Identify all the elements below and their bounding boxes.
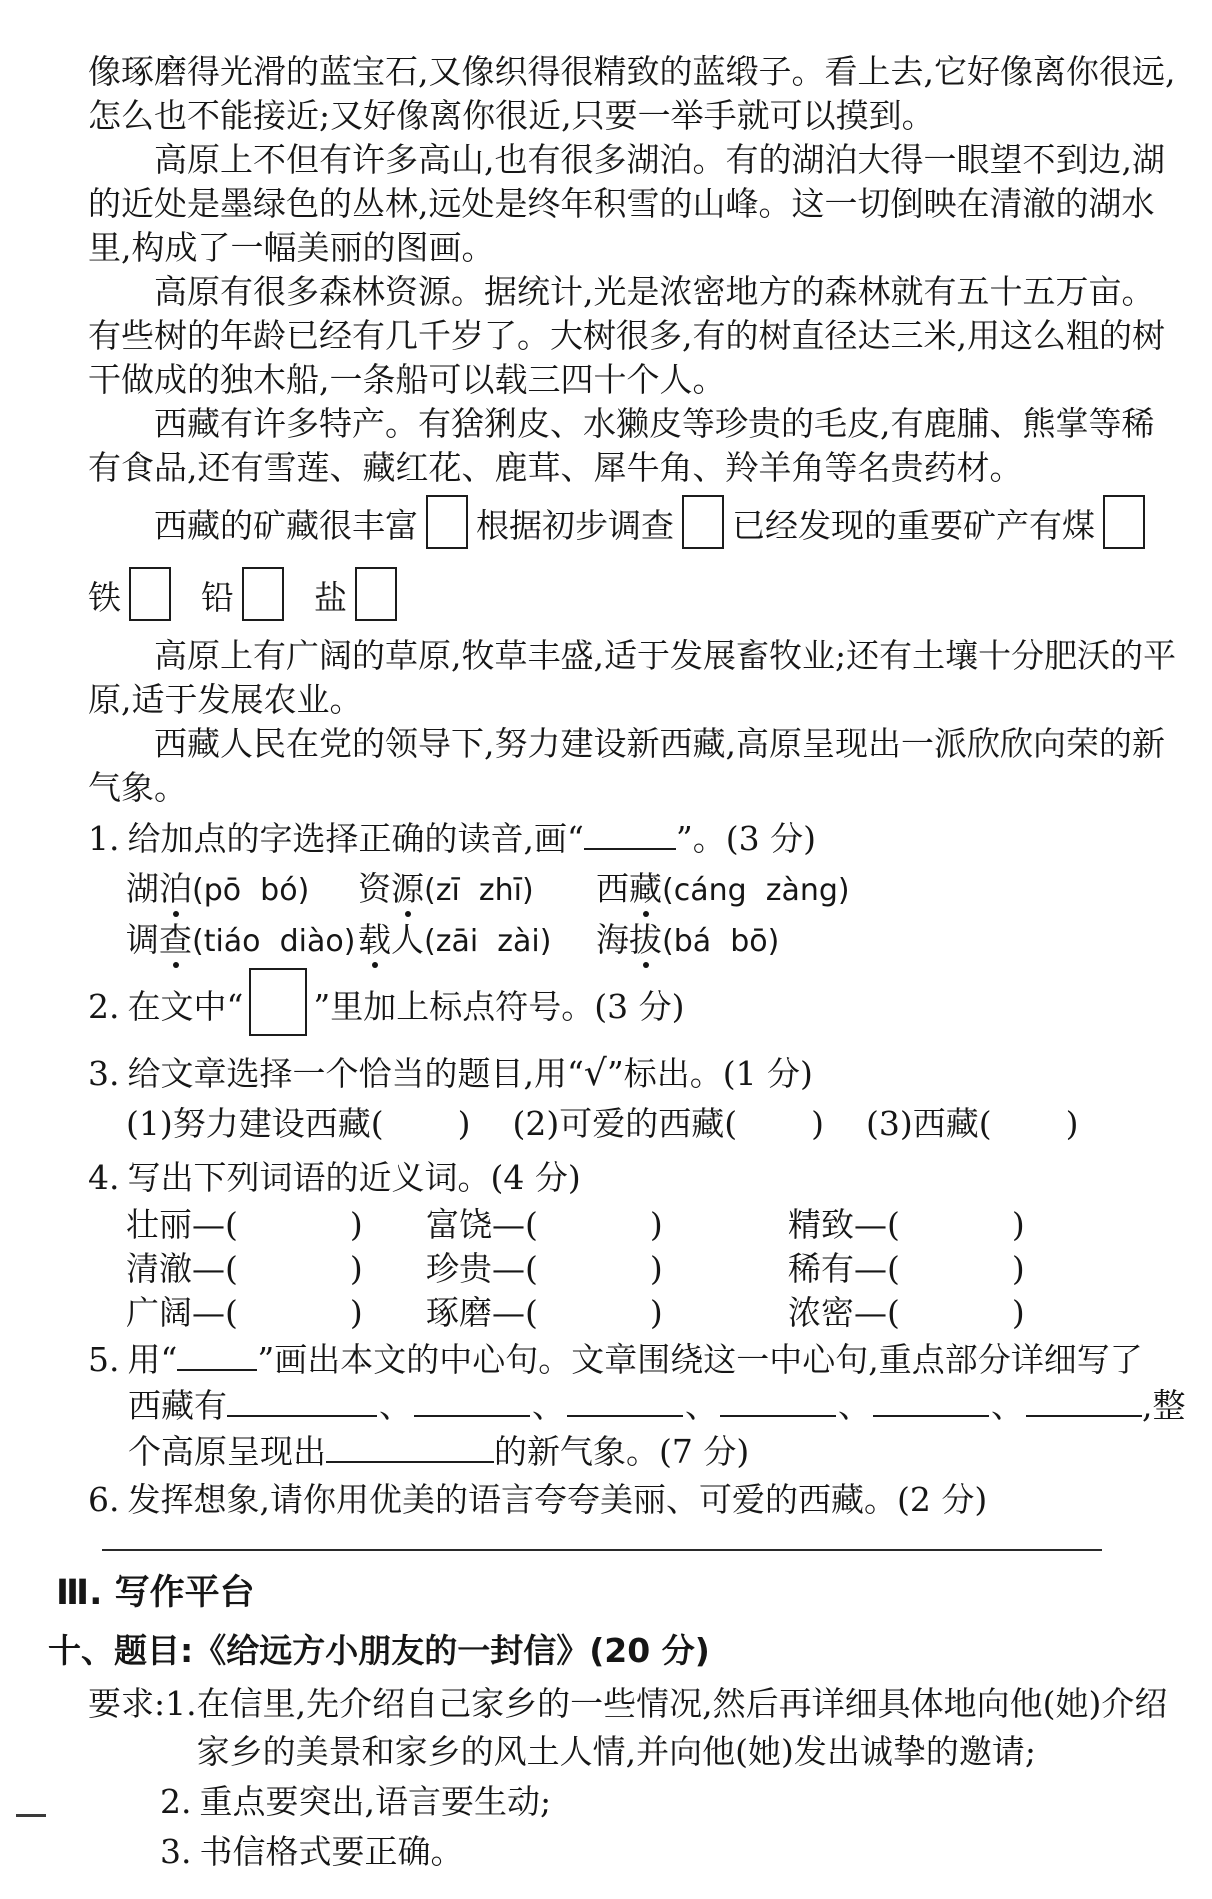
option-text: (2)可爱的西藏( <box>513 1104 738 1143</box>
pinyin-item: 载人(zāi zài) <box>358 915 596 966</box>
title-option: (1)努力建设西藏() <box>126 1099 471 1149</box>
dotted-character: 载 <box>358 920 391 959</box>
question-1-stem: 1.给加点的字选择正确的读音,画“”。(3 分) <box>88 816 1186 862</box>
passage-paragraph: 西藏人民在党的领导下,努力建设新西藏,高原呈现出一派欣欣向荣的新气象。 <box>88 722 1186 810</box>
passage-text: 已经发现的重要矿产有煤 <box>732 506 1095 545</box>
question-3-stem: 3.给文章选择一个恰当的题目,用“√”标出。(1 分) <box>88 1051 1186 1097</box>
requirement-2: 2.重点要突出,语言要生动; <box>160 1778 1186 1826</box>
answer-blank <box>227 1409 377 1417</box>
option-close: ) <box>811 1104 824 1143</box>
open-paren: —( <box>854 1249 900 1288</box>
word-part: 调 <box>126 920 159 959</box>
question-text: ”。(3 分) <box>676 819 816 858</box>
question-text: ”画出本文的中心句。文章围绕这一中心句,重点部分详细写了 <box>257 1340 1142 1379</box>
requirements-label: 要求:1. <box>88 1680 197 1776</box>
open-paren: —( <box>192 1249 238 1288</box>
writing-section-heading: Ⅲ. 写作平台 <box>56 1565 1186 1615</box>
option-text: (3)西藏( <box>866 1104 992 1143</box>
word: 广阔 <box>126 1293 192 1332</box>
requirement-text: 在信里,先介绍自己家乡的一些情况,然后再详细具体地向他(她)介绍家乡的美景和家乡… <box>197 1680 1186 1776</box>
answer-blank <box>1026 1409 1142 1417</box>
passage-paragraph: 高原有很多森林资源。据统计,光是浓密地方的森林就有五十五万亩。有些树的年龄已经有… <box>88 270 1186 402</box>
synonym-item: 广阔—() <box>126 1291 426 1335</box>
question-5: 5.用“”画出本文的中心句。文章围绕这一中心句,重点部分详细写了 西藏有、、、、… <box>88 1337 1186 1475</box>
separator: 、 <box>683 1386 720 1425</box>
word: 稀有 <box>788 1249 854 1288</box>
question-text: 写出下列词语的近义词。(4 分) <box>128 1158 581 1197</box>
pinyin-item: 西藏(cáng zàng) <box>596 864 1186 915</box>
close-paren: ) <box>650 1293 663 1332</box>
requirement-text: 重点要突出,语言要生动; <box>200 1782 552 1821</box>
question-text: 用“ <box>128 1340 178 1379</box>
word-part: 人 <box>391 920 424 959</box>
open-paren: —( <box>854 1293 900 1332</box>
word-part: 资 <box>358 869 391 908</box>
word: 清澈 <box>126 1249 192 1288</box>
close-paren: ) <box>650 1205 663 1244</box>
question-text: 在文中“ <box>128 987 244 1026</box>
close-paren: ) <box>350 1205 363 1244</box>
open-paren: —( <box>192 1205 238 1244</box>
question-number: 6. <box>88 1480 128 1519</box>
writing-section: Ⅲ. 写作平台 十、题目:《给远方小朋友的一封信》(20 分) 要求:1. 在信… <box>88 1565 1186 1876</box>
dotted-character: 藏 <box>629 869 662 908</box>
answer-blank <box>873 1409 989 1417</box>
title-option: (2)可爱的西藏() <box>513 1099 825 1149</box>
synonym-item: 清澈—() <box>126 1247 426 1291</box>
question-text: 给加点的字选择正确的读音,画“ <box>128 819 584 858</box>
word-part: 湖 <box>126 869 159 908</box>
passage-text: 根据初步调查 <box>476 506 674 545</box>
pinyin-options: (cáng zàng) <box>662 873 850 908</box>
checkmark-glyph: √ <box>584 1053 607 1094</box>
passage-text: 铅 <box>201 578 234 617</box>
pinyin-item: 调查(tiáo diào) <box>126 915 358 966</box>
question-number: 3. <box>88 1054 128 1093</box>
pinyin-options: (zī zhī) <box>424 873 534 908</box>
synonym-item: 富饶—() <box>426 1203 788 1247</box>
punctuation-box <box>129 567 171 621</box>
pinyin-item: 资源(zī zhī) <box>358 864 596 915</box>
synonym-row: 壮丽—() 富饶—() 精致—() <box>88 1203 1186 1247</box>
question-number: 1. <box>88 819 128 858</box>
synonym-item: 浓密—() <box>788 1291 1186 1335</box>
reading-passage: 像琢磨得光滑的蓝宝石,又像织得很精致的蓝缎子。看上去,它好像离你很远,怎么也不能… <box>88 50 1186 810</box>
question-2: 2.在文中“”里加上标点符号。(3 分) <box>88 968 1186 1045</box>
word: 壮丽 <box>126 1205 192 1244</box>
answer-blank <box>720 1409 836 1417</box>
pinyin-row: 湖泊(pō bó) 资源(zī zhī) 西藏(cáng zàng) <box>88 864 1186 915</box>
answer-blank <box>414 1409 530 1417</box>
exam-page: 像琢磨得光滑的蓝宝石,又像织得很精致的蓝缎子。看上去,它好像离你很远,怎么也不能… <box>0 0 1212 1899</box>
passage-paragraph-minerals: 西藏的矿藏很丰富根据初步调查已经发现的重要矿产有煤 铁铅盐 <box>88 490 1186 634</box>
punctuation-box <box>249 968 307 1036</box>
word: 珍贵 <box>426 1249 492 1288</box>
pinyin-options: (pō bó) <box>192 873 309 908</box>
word: 精致 <box>788 1205 854 1244</box>
section-divider <box>102 1549 1102 1551</box>
question-1: 1.给加点的字选择正确的读音,画“”。(3 分) 湖泊(pō bó) 资源(zī… <box>88 816 1186 966</box>
answer-blank <box>567 1409 683 1417</box>
question-text: 给文章选择一个恰当的题目,用“ <box>128 1054 584 1093</box>
question-text: ”标出。(1 分) <box>607 1054 813 1093</box>
pinyin-options: (bá bō) <box>662 924 779 959</box>
open-paren: —( <box>192 1293 238 1332</box>
word: 浓密 <box>788 1293 854 1332</box>
word: 琢磨 <box>426 1293 492 1332</box>
answer-blank <box>177 1363 257 1371</box>
synonym-item: 珍贵—() <box>426 1247 788 1291</box>
word: 富饶 <box>426 1205 492 1244</box>
punctuation-box <box>242 567 284 621</box>
question-3: 3.给文章选择一个恰当的题目,用“√”标出。(1 分) (1)努力建设西藏() … <box>88 1051 1186 1149</box>
pinyin-item: 湖泊(pō bó) <box>126 864 358 915</box>
open-paren: —( <box>854 1205 900 1244</box>
close-paren: ) <box>1012 1293 1025 1332</box>
passage-text: 盐 <box>314 578 347 617</box>
punctuation-box <box>682 495 724 549</box>
passage-paragraph: 像琢磨得光滑的蓝宝石,又像织得很精致的蓝缎子。看上去,它好像离你很远,怎么也不能… <box>88 50 1186 138</box>
composition-topic: 十、题目:《给远方小朋友的一封信》(20 分) <box>48 1625 1186 1672</box>
punctuation-box <box>426 495 468 549</box>
passage-paragraph: 高原上不但有许多高山,也有很多湖泊。有的湖泊大得一眼望不到边,湖的近处是墨绿色的… <box>88 138 1186 270</box>
close-paren: ) <box>1012 1205 1025 1244</box>
synonym-row: 清澈—() 珍贵—() 稀有—() <box>88 1247 1186 1291</box>
question-text: 西藏有 <box>128 1386 227 1425</box>
question-text: ”里加上标点符号。(3 分) <box>313 987 684 1026</box>
question-text: ,整 <box>1142 1386 1186 1425</box>
passage-paragraph: 高原上有广阔的草原,牧草丰盛,适于发展畜牧业;还有土壤十分肥沃的平原,适于发展农… <box>88 634 1186 722</box>
question-number: 5. <box>88 1340 128 1379</box>
question-number: 2. <box>88 987 128 1026</box>
separator: 、 <box>836 1386 873 1425</box>
close-paren: ) <box>350 1249 363 1288</box>
requirement-text: 书信格式要正确。 <box>200 1832 464 1871</box>
question-4: 4.写出下列词语的近义词。(4 分) 壮丽—() 富饶—() 精致—() 清澈—… <box>88 1155 1186 1335</box>
requirement-3: 3.书信格式要正确。 <box>160 1828 1186 1876</box>
question-4-stem: 4.写出下列词语的近义词。(4 分) <box>88 1155 1186 1201</box>
question-text: 的新气象。(7 分) <box>494 1432 749 1471</box>
close-paren: ) <box>350 1293 363 1332</box>
dotted-character: 查 <box>159 920 192 959</box>
pinyin-options: (tiáo diào) <box>192 924 355 959</box>
separator: 、 <box>377 1386 414 1425</box>
synonym-row: 广阔—() 琢磨—() 浓密—() <box>88 1291 1186 1335</box>
title-options-row: (1)努力建设西藏() (2)可爱的西藏() (3)西藏() <box>88 1099 1186 1149</box>
punctuation-box <box>1103 495 1145 549</box>
dotted-character: 拔 <box>629 920 662 959</box>
word-part: 海 <box>596 920 629 959</box>
passage-paragraph: 西藏有许多特产。有猞猁皮、水獭皮等珍贵的毛皮,有鹿脯、熊掌等稀有食品,还有雪莲、… <box>88 402 1186 490</box>
requirement-1: 要求:1. 在信里,先介绍自己家乡的一些情况,然后再详细具体地向他(她)介绍家乡… <box>88 1680 1186 1776</box>
answer-blank <box>326 1455 494 1463</box>
synonym-item: 稀有—() <box>788 1247 1186 1291</box>
open-paren: —( <box>492 1293 538 1332</box>
passage-text: 铁 <box>88 578 121 617</box>
close-paren: ) <box>650 1249 663 1288</box>
pinyin-item: 海拔(bá bō) <box>596 915 1186 966</box>
open-paren: —( <box>492 1249 538 1288</box>
page-content: 像琢磨得光滑的蓝宝石,又像织得很精致的蓝缎子。看上去,它好像离你很远,怎么也不能… <box>0 0 1212 1876</box>
option-text: (1)努力建设西藏( <box>126 1104 384 1143</box>
word-part: 西 <box>596 869 629 908</box>
title-option: (3)西藏() <box>866 1099 1079 1149</box>
question-text: 个高原呈现出 <box>128 1432 326 1471</box>
close-paren: ) <box>1012 1249 1025 1288</box>
option-close: ) <box>1066 1104 1079 1143</box>
separator: 、 <box>530 1386 567 1425</box>
requirement-number: 2. <box>160 1782 200 1821</box>
dotted-character: 源 <box>391 869 424 908</box>
punctuation-box <box>355 567 397 621</box>
question-6: 6.发挥想象,请你用优美的语言夸夸美丽、可爱的西藏。(2 分) <box>88 1477 1186 1523</box>
pinyin-row: 调查(tiáo diào) 载人(zāi zài) 海拔(bá bō) <box>88 915 1186 966</box>
pinyin-options: (zāi zài) <box>424 924 551 959</box>
requirement-number: 3. <box>160 1832 200 1871</box>
page-margin-mark <box>16 1814 46 1817</box>
separator: 、 <box>989 1386 1026 1425</box>
open-paren: —( <box>492 1205 538 1244</box>
synonym-item: 壮丽—() <box>126 1203 426 1247</box>
synonym-item: 精致—() <box>788 1203 1186 1247</box>
option-close: ) <box>458 1104 471 1143</box>
answer-blank <box>584 842 676 850</box>
passage-text: 西藏的矿藏很丰富 <box>154 506 418 545</box>
question-text: 发挥想象,请你用优美的语言夸夸美丽、可爱的西藏。(2 分) <box>128 1480 988 1519</box>
question-number: 4. <box>88 1158 128 1197</box>
synonym-item: 琢磨—() <box>426 1291 788 1335</box>
dotted-character: 泊 <box>159 869 192 908</box>
